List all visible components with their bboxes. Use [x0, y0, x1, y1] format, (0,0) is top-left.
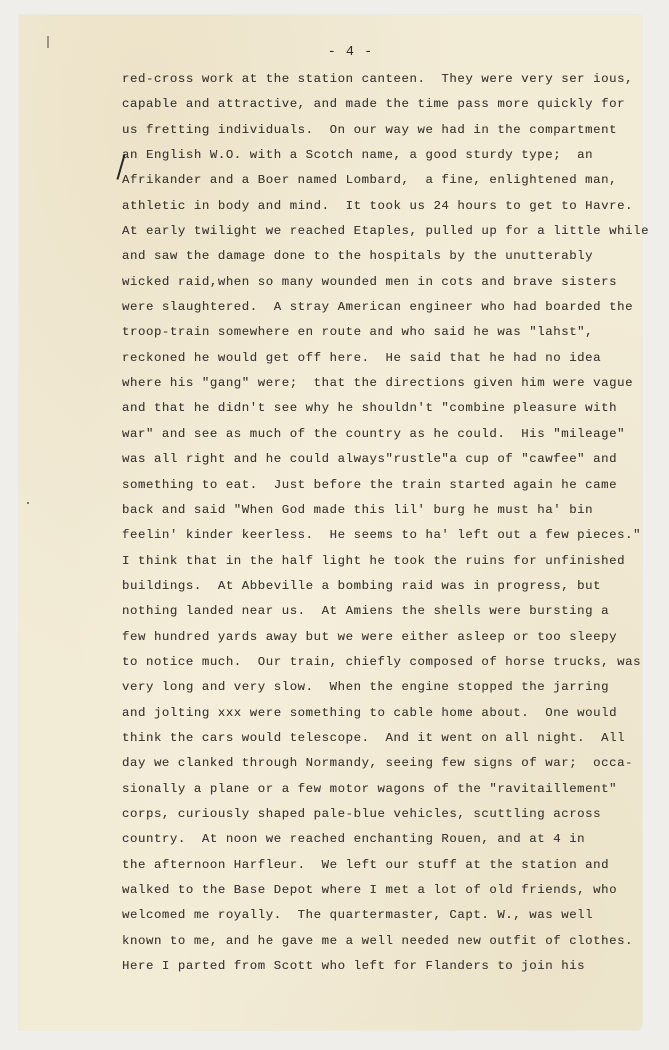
- text-line: few hundred yards away but we were eithe…: [122, 625, 662, 650]
- paper-speck: [27, 502, 29, 504]
- text-line: and jolting xxx were something to cable …: [122, 701, 662, 726]
- text-line: and saw the damage done to the hospitals…: [122, 244, 662, 269]
- text-line: the afternoon Harfleur. We left our stuf…: [122, 853, 662, 878]
- text-line: very long and very slow. When the engine…: [122, 675, 662, 700]
- text-line: wicked raid,when so many wounded men in …: [122, 270, 662, 295]
- text-line: an English W.O. with a Scotch name, a go…: [122, 143, 662, 168]
- text-line: war" and see as much of the country as h…: [122, 422, 662, 447]
- typewritten-page: - 4 - red-cross work at the station cant…: [19, 15, 642, 1030]
- text-line: buildings. At Abbeville a bombing raid w…: [122, 574, 662, 599]
- text-line: athletic in body and mind. It took us 24…: [122, 194, 662, 219]
- text-line: At early twilight we reached Etaples, pu…: [122, 219, 662, 244]
- text-line: red-cross work at the station canteen. T…: [122, 67, 662, 92]
- body-text: red-cross work at the station canteen. T…: [122, 67, 662, 979]
- text-line: to notice much. Our train, chiefly compo…: [122, 650, 662, 675]
- text-line: walked to the Base Depot where I met a l…: [122, 878, 662, 903]
- text-line: and that he didn't see why he shouldn't …: [122, 396, 662, 421]
- text-line: sionally a plane or a few motor wagons o…: [122, 777, 662, 802]
- text-line: country. At noon we reached enchanting R…: [122, 827, 662, 852]
- text-line: capable and attractive, and made the tim…: [122, 92, 662, 117]
- text-line: where his "gang" were; that the directio…: [122, 371, 662, 396]
- text-line: were slaughtered. A stray American engin…: [122, 295, 662, 320]
- text-line: corps, curiously shaped pale-blue vehicl…: [122, 802, 662, 827]
- text-line: back and said "When God made this lil' b…: [122, 498, 662, 523]
- text-line: day we clanked through Normandy, seeing …: [122, 751, 662, 776]
- text-line: known to me, and he gave me a well neede…: [122, 929, 662, 954]
- text-line: troop-train somewhere en route and who s…: [122, 320, 662, 345]
- page-number: - 4 -: [19, 45, 642, 60]
- text-line: something to eat. Just before the train …: [122, 473, 662, 498]
- text-line: welcomed me royally. The quartermaster, …: [122, 903, 662, 928]
- text-line: was all right and he could always"rustle…: [122, 447, 662, 472]
- text-line: think the cars would telescope. And it w…: [122, 726, 662, 751]
- text-line: Afrikander and a Boer named Lombard, a f…: [122, 168, 662, 193]
- text-line: Here I parted from Scott who left for Fl…: [122, 954, 662, 979]
- text-line: reckoned he would get off here. He said …: [122, 346, 662, 371]
- text-line: feelin' kinder keerless. He seems to ha'…: [122, 523, 662, 548]
- text-line: I think that in the half light he took t…: [122, 549, 662, 574]
- text-line: nothing landed near us. At Amiens the sh…: [122, 599, 662, 624]
- text-line: us fretting individuals. On our way we h…: [122, 118, 662, 143]
